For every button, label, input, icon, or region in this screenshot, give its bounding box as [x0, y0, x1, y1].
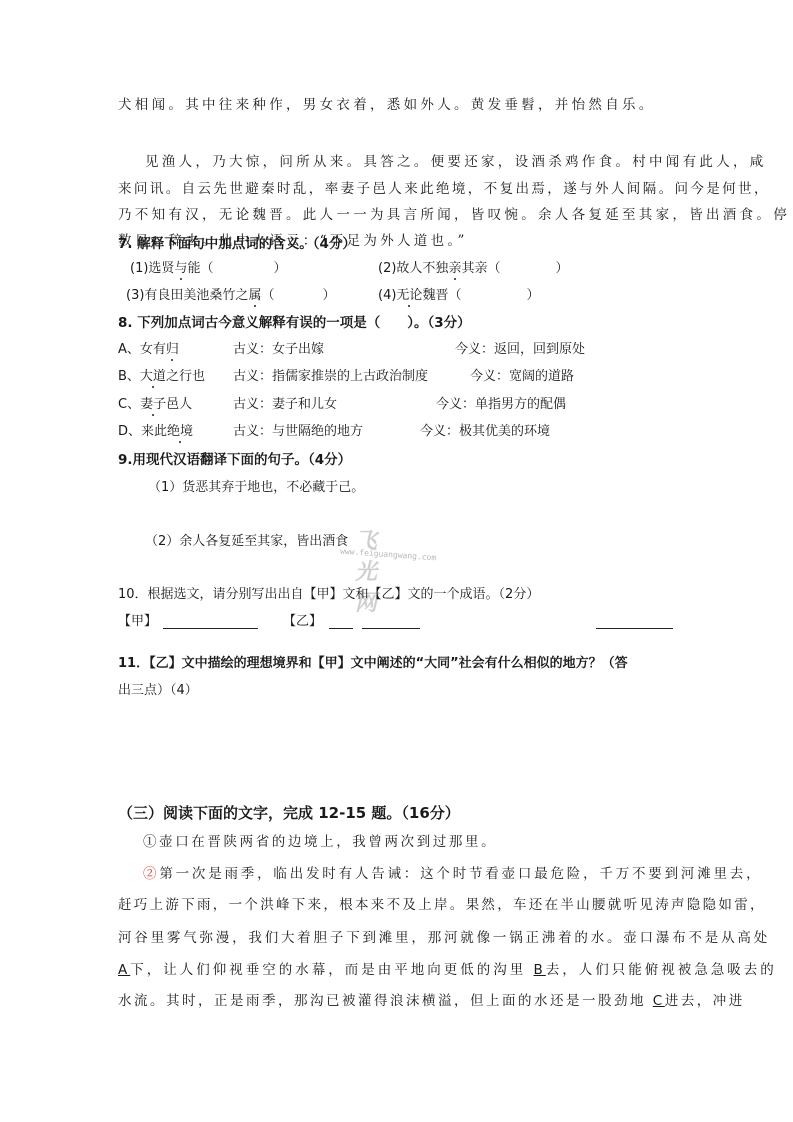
- extra-answer-blank[interactable]: [596, 614, 673, 629]
- question-9-title: 9.用现代汉语翻译下面的句子。（4分）: [118, 450, 351, 470]
- dotted-word: 大道: [140, 369, 166, 384]
- question-11-line-2: 出三点）（4）: [118, 681, 198, 701]
- paragraph-text: 去，人们只能俯视被急急吸去的: [546, 962, 777, 978]
- dotted-word: 妻子: [140, 397, 166, 412]
- q7-item-3: (3)有良田美池桑竹之属（）: [126, 286, 335, 306]
- item-text: 能（: [187, 261, 213, 276]
- modern-meaning: 今义：单指男方的配偶: [436, 395, 566, 415]
- paragraph-2-line-4: A下，让人们仰视垂空的水幕，而是由平地向更低的沟里 B去，人们只能俯视被急急吸去…: [118, 960, 777, 980]
- jia-label: 【甲】: [118, 612, 157, 632]
- q7-item-4: (4)无论魏晋（）: [378, 286, 539, 306]
- yi-answer-blank-1[interactable]: [329, 614, 353, 629]
- dotted-word: 属: [248, 288, 261, 303]
- question-11-line-1: 11．【乙】文中描绘的理想境界和【甲】文中阐述的“大同”社会有什么相似的地方？（…: [118, 654, 628, 674]
- option-text: C、妻子邑人: [118, 395, 192, 415]
- item-text: （: [261, 288, 274, 303]
- paragraph-2-line-1: ②第一次是雨季，临出发时有人告诫：这个时节看壶口最危险，千万不要到河滩里去，: [143, 864, 762, 884]
- item-number: (4): [378, 288, 396, 303]
- item-number: (3): [126, 288, 144, 303]
- paragraph-text: 下，让人们仰视垂空的水幕，而是由平地向更低的沟里: [130, 962, 526, 978]
- item-number: (2): [378, 261, 396, 276]
- paragraph-2-line-2: 赶巧上游下雨，一个洪峰下来，根本来不及上岸。果然，车还在半山腰就听见涛声隐隐如雷…: [118, 895, 766, 915]
- item-text: ）: [273, 261, 286, 276]
- blank-c[interactable]: C: [653, 993, 665, 1009]
- paragraph-text: 进去，冲进: [665, 993, 745, 1009]
- ancient-meaning: 古义：妻子和儿女: [233, 395, 337, 415]
- paragraph-text: 第一次是雨季，临出发时有人告诫：这个时节看壶口最危险，千万不要到河滩里去，: [159, 866, 762, 882]
- q7-item-1: (1)选贤与能（）: [130, 259, 286, 279]
- modern-meaning: 今义：极其优美的环境: [420, 422, 550, 442]
- modern-meaning: 今义：宽阔的道路: [470, 367, 574, 387]
- dotted-word: 亲: [448, 261, 461, 276]
- ancient-meaning: 古义：女子出嫁: [233, 340, 324, 360]
- paragraph-2-line-3: 河谷里雾气弥漫，我们大着胆子下到滩里，那河就像一锅正沸着的水。壶口瀑布不是从高处: [118, 928, 770, 948]
- jia-answer-blank[interactable]: [163, 614, 258, 629]
- ancient-meaning: 古义：与世隔绝的地方: [233, 422, 363, 442]
- blank-b[interactable]: B: [534, 962, 546, 978]
- item-text: ）: [555, 261, 568, 276]
- dotted-word: 归: [166, 342, 179, 357]
- item-text: 魏晋（: [422, 288, 461, 303]
- dotted-word: 无论: [396, 288, 422, 303]
- paragraph-1: ①壶口在晋陕两省的边境上，我曾两次到过那里。: [143, 832, 497, 852]
- q9-item-1: （1）货恶其弃于地也，不必藏于己。: [148, 478, 364, 498]
- section-3-title: （三）阅读下面的文字，完成 12-15 题。（16分）: [118, 803, 460, 823]
- item-text: 选贤: [148, 261, 174, 276]
- dotted-word: 与: [174, 261, 187, 276]
- item-text: 故人不独: [396, 261, 448, 276]
- item-number: (1): [130, 261, 148, 276]
- yi-answer-blank-2[interactable]: [362, 614, 420, 629]
- ancient-meaning: 古义：指儒家推崇的上古政治制度: [233, 367, 428, 387]
- passage-line: 来问讯。自云先世避秦时乱，率妻子邑人来此绝境，不复出焉，遂与外人间隔。问今是何世…: [118, 179, 770, 199]
- question-7-title: 7. 解释下面句中加点词的含义。（4分）: [118, 234, 356, 254]
- item-text: 有良田美池桑竹之: [144, 288, 248, 303]
- passage-line: 乃不知有汉，无论魏晋。此人一一为具言所闻，皆叹惋。余人各复延至其家，皆出酒食。停: [118, 205, 790, 225]
- option-text: B、大道之行也: [118, 367, 205, 387]
- item-text: ）: [526, 288, 539, 303]
- blank-a[interactable]: A: [118, 962, 130, 978]
- paragraph-2-line-5: 水流。其时，正是雨季，那沟已被灌得浪沫横溢，但上面的水还是一股劲地 C进去，冲进: [118, 991, 745, 1011]
- q7-item-2: (2)故人不独亲其亲（）: [378, 259, 568, 279]
- passage-line: 见渔人，乃大惊，问所从来。具答之。便要还家，设酒杀鸡作食。村中闻有此人，咸: [145, 152, 767, 172]
- dotted-word: 绝境: [167, 424, 193, 439]
- option-text: A、女有归: [118, 340, 179, 360]
- item-text: 其亲（: [461, 261, 500, 276]
- modern-meaning: 今义：返回，回到原处: [455, 340, 585, 360]
- paragraph-text: 水流。其时，正是雨季，那沟已被灌得浪沫横溢，但上面的水还是一股劲地: [118, 993, 646, 1009]
- q9-item-2: （2）余人各复延至其家，皆出酒食: [145, 532, 348, 552]
- option-text: D、来此绝境: [118, 422, 193, 442]
- paragraph-marker: ②: [143, 866, 159, 882]
- question-10-title: 10．根据选文，请分别写出出自【甲】文和【乙】文的一个成语。（2分）: [118, 585, 539, 605]
- item-text: ）: [322, 288, 335, 303]
- question-8-title: 8. 下列加点词古今意义解释有误的一项是（ ）。（3分）: [118, 313, 471, 333]
- yi-label: 【乙】: [283, 612, 322, 632]
- passage-line: 犬相闻。其中往来种作，男女衣着，悉如外人。黄发垂髫，并怡然自乐。: [118, 95, 656, 115]
